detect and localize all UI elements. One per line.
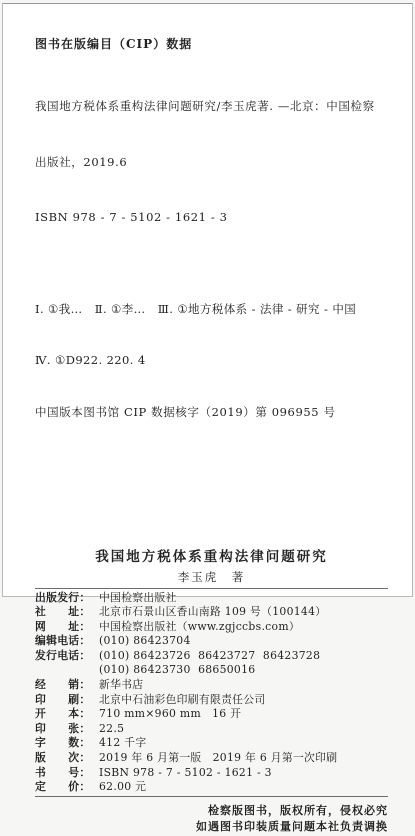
- cip-classification-line2: Ⅳ. ①D922. 220. 4: [35, 352, 388, 369]
- cip-header: 图书在版编目（CIP）数据: [35, 37, 388, 51]
- copyright-page: 图书在版编目（CIP）数据 我国地方税体系重构法律问题研究/李玉虎著. —北京：…: [2, 3, 413, 597]
- cip-classification: Ⅰ. ①我… Ⅱ. ①李… Ⅲ. ①地方税体系 - 法律 - 研究 - 中国 Ⅳ…: [35, 267, 388, 403]
- colophon: 出版发行： 中国检察出版社 社 址： 北京市石景山区香山南路 109 号（100…: [35, 591, 388, 601]
- colophon-value: 中国检察出版社: [99, 591, 177, 601]
- cip-description: 我国地方税体系重构法律问题研究/李玉虎著. —北京：中国检察 出版社，2019.…: [35, 60, 388, 264]
- cip-description-line1: 我国地方税体系重构法律问题研究/李玉虎著. —北京：中国检察: [35, 97, 388, 116]
- colophon-label: 出版发行：: [35, 591, 99, 601]
- title-block: 我国地方税体系重构法律问题研究 李玉虎 著: [35, 549, 388, 584]
- book-author: 李玉虎 著: [35, 570, 388, 584]
- colophon-row-publisher: 出版发行： 中国检察出版社: [35, 591, 388, 601]
- cip-description-line2: 出版社，2019.6: [35, 153, 388, 172]
- cip-isbn-line: ISBN 978 - 7 - 5102 - 1621 - 3: [35, 208, 388, 227]
- divider-top: [35, 588, 388, 589]
- book-title: 我国地方税体系重构法律问题研究: [35, 549, 388, 565]
- cip-classification-line1: Ⅰ. ①我… Ⅱ. ①李… Ⅲ. ①地方税体系 - 法律 - 研究 - 中国: [35, 301, 388, 318]
- cip-record-number: 中国版本图书馆 CIP 数据核字（2019）第 096955 号: [35, 405, 388, 419]
